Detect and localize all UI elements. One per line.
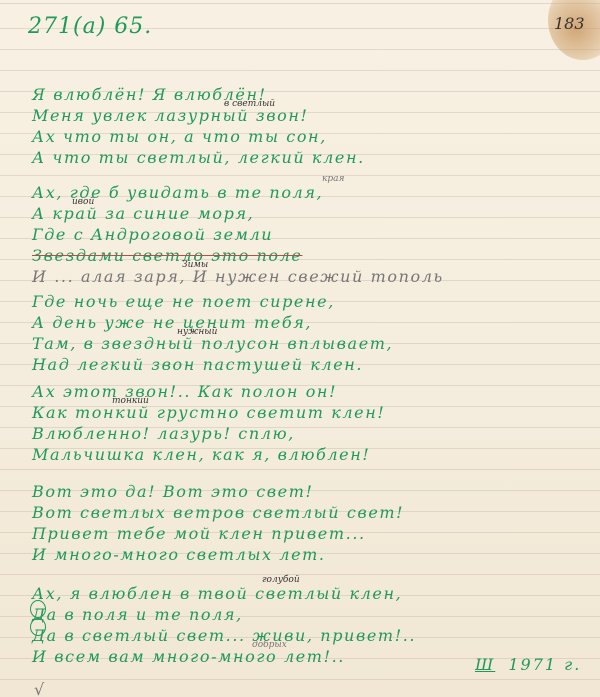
date-text: 1971 г.: [508, 655, 581, 674]
verse-line: Меня увлек лазурный звон! в светлый: [32, 105, 365, 126]
correction-note: ивой: [72, 197, 94, 207]
signature-date: Ш 1971 г.: [475, 655, 581, 674]
correction-note: голубой: [262, 575, 300, 585]
verse-line: Да в светлый свет... живи, привет!..: [32, 625, 416, 646]
verse-line: Ах что ты он, а что ты сон,: [32, 126, 365, 147]
correction-note: нужный: [177, 327, 217, 337]
verse-line: Вот это да! Вот это свет!: [32, 481, 404, 502]
verse-line: Как тонкий грустно светит клен! тонкий: [32, 402, 385, 423]
verse-line: Мальчишка клен, как я, влюблен!: [32, 444, 385, 465]
correction-note: в светлый: [224, 99, 275, 109]
correction-note: края: [322, 174, 344, 184]
verse-line: Ах, я влюблен в твой светлый клен, голуб…: [32, 583, 416, 604]
footer-tick-mark: √: [34, 680, 44, 697]
verse-line: Над легкий звон пастушей клен.: [32, 354, 393, 375]
margin-loop-mark: [30, 600, 46, 618]
verse-line: Привет тебе мой клен привет...: [32, 523, 404, 544]
verse-line: Где ночь еще не поет сирене,: [32, 291, 393, 312]
stanza-4: Ах этот звон!.. Как полон он! Как тонкий…: [32, 381, 385, 465]
verse-line: Где с Андроговой земли: [32, 224, 444, 245]
stanza-3: Где ночь еще не поет сирене, А день уже …: [32, 291, 393, 375]
verse-line: Влюбленно! лазурь! сплю,: [32, 423, 385, 444]
verse-line: Там, в звездный полусон вплывает, нужный: [32, 333, 393, 354]
stanza-1: Я влюблён! Я влюблён! Меня увлек лазурны…: [32, 84, 365, 168]
verse-line: Да в поля и те поля,: [32, 604, 416, 625]
stanza-5: Вот это да! Вот это свет! Вот светлых ве…: [32, 481, 404, 565]
catalog-number: 271(а) 65.: [28, 14, 152, 39]
verse-line-struck: Звездами светло это поле: [32, 245, 444, 266]
verse-line: И всем вам много-много лет!.. добрых: [32, 646, 416, 667]
page-number: 183: [554, 14, 585, 33]
manuscript-page: 271(а) 65. 183 Я влюблён! Я влюблён! Мен…: [0, 0, 600, 697]
verse-line: А край за синие моря, ивой: [32, 203, 444, 224]
verse-line: И много-много светлых лет.: [32, 544, 404, 565]
verse-line-pencil: И ... алая заря, И нужен свежий тополь З…: [32, 266, 444, 287]
signature-mark: Ш: [475, 655, 495, 674]
stanza-2: Ах, где б увидать в те поля, края А край…: [32, 182, 444, 287]
verse-line: Я влюблён! Я влюблён!: [32, 84, 365, 105]
correction-note: тонкий: [112, 396, 149, 406]
verse-line: Ах этот звон!.. Как полон он!: [32, 381, 385, 402]
verse-line: А что ты светлый, легкий клен.: [32, 147, 365, 168]
margin-loop-mark: [30, 618, 46, 636]
stanza-6: Ах, я влюблен в твой светлый клен, голуб…: [32, 583, 416, 667]
correction-note: Зимы: [182, 260, 208, 270]
correction-note: добрых: [252, 640, 287, 650]
verse-line: Вот светлых ветров светлый свет!: [32, 502, 404, 523]
